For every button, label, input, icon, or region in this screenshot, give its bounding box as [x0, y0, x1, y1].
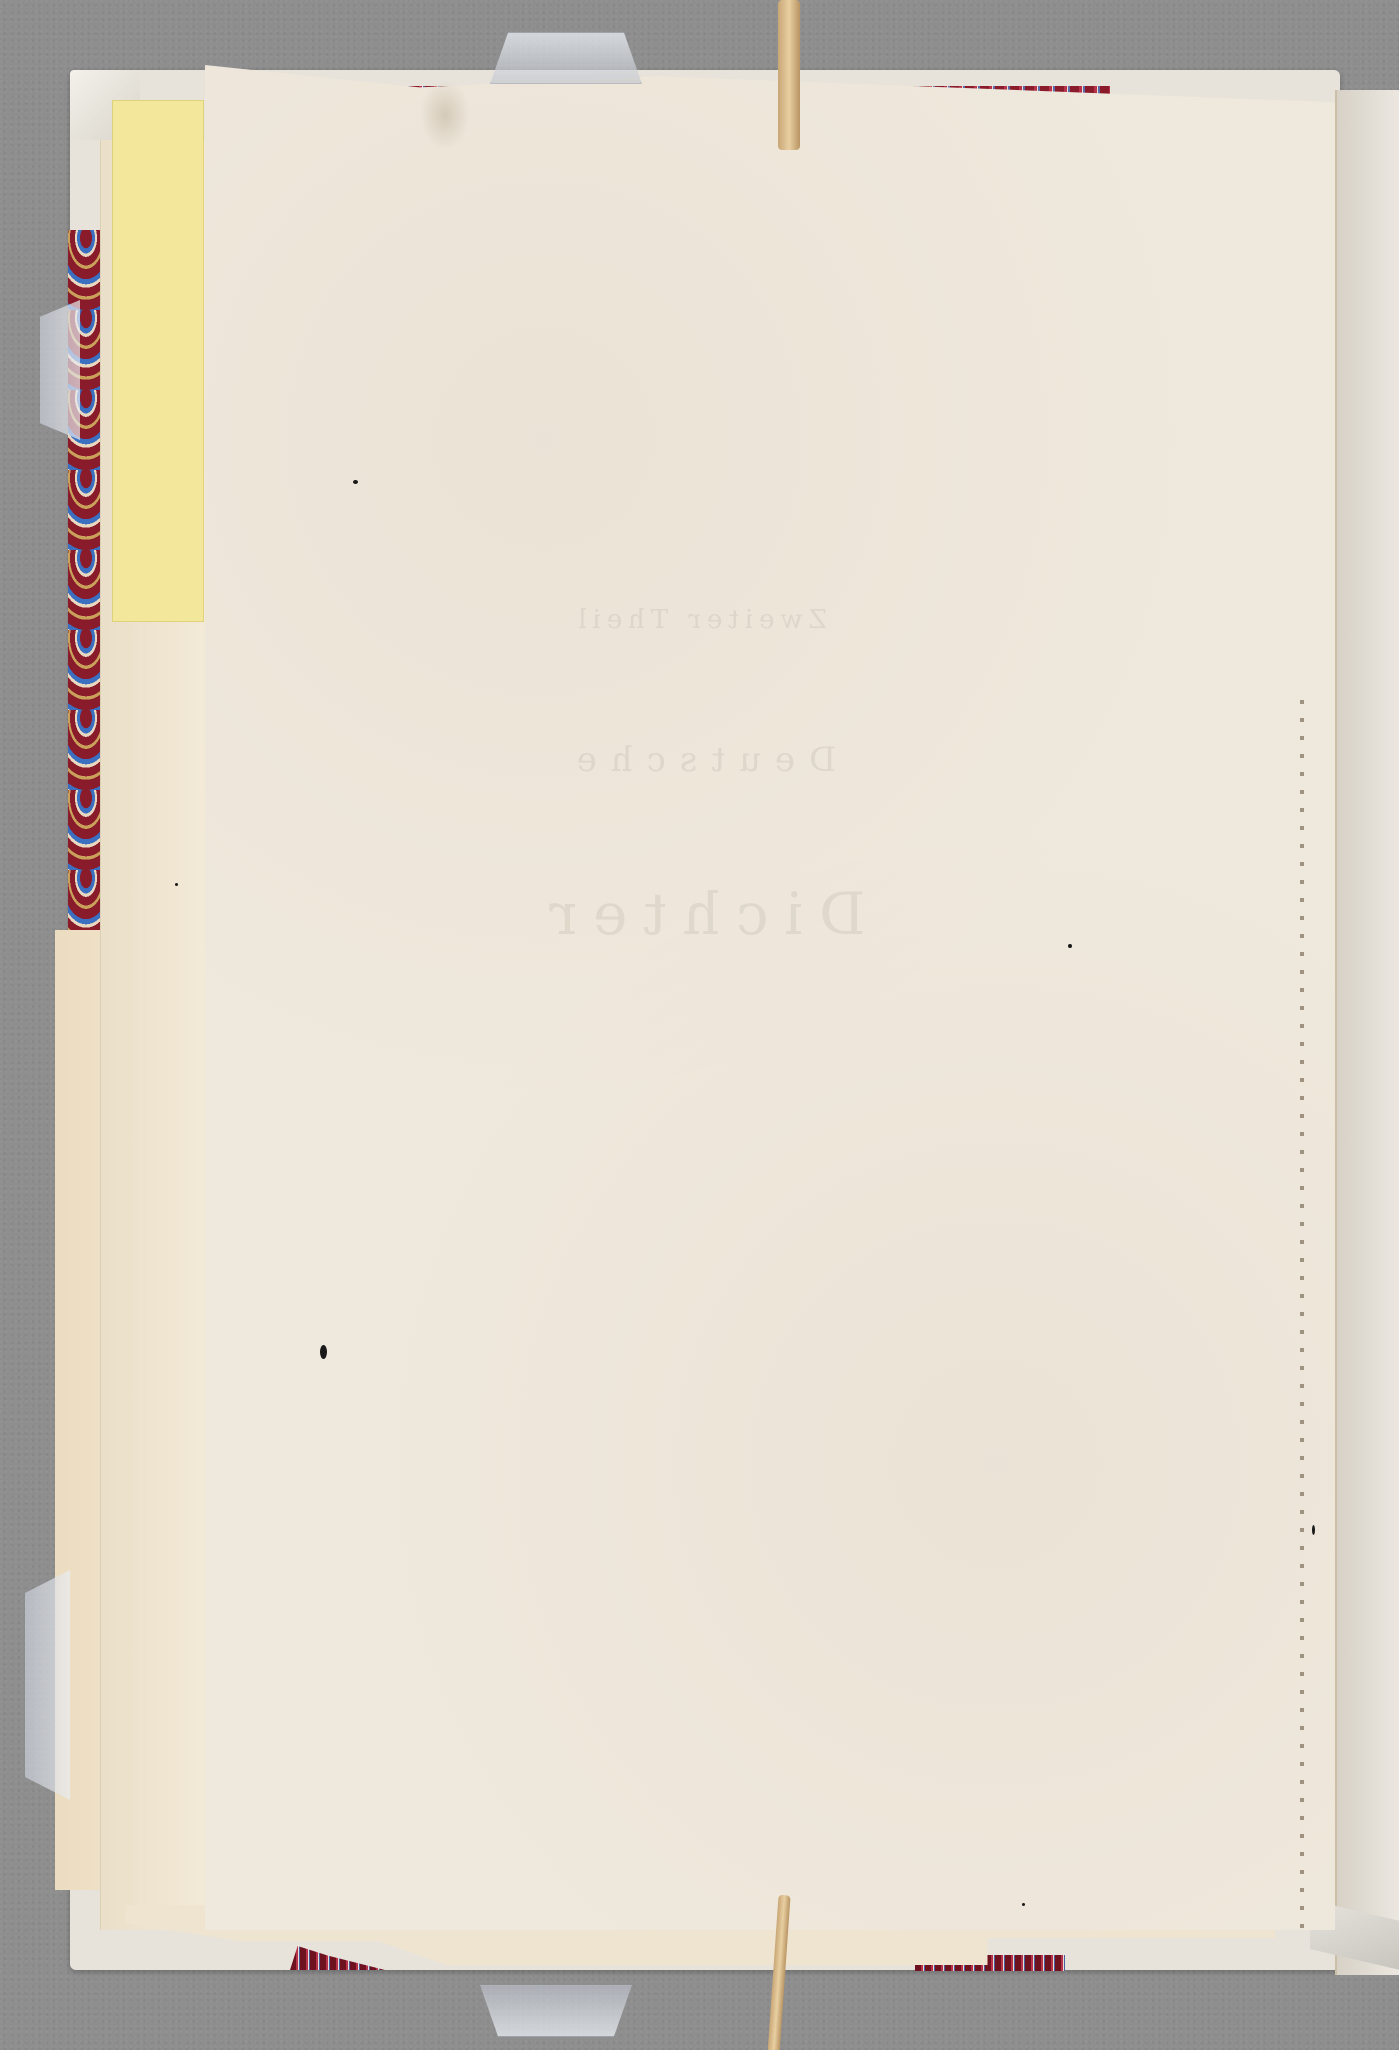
dust-speck — [1068, 944, 1072, 948]
dust-speck — [353, 480, 358, 484]
dust-speck — [1312, 1525, 1315, 1535]
plastic-clip-left-lower — [25, 1570, 70, 1800]
yellow-slip — [112, 100, 204, 622]
show-through-text-line-3: Dichter — [0, 880, 1399, 948]
plastic-clip-bottom — [480, 1985, 632, 2037]
dust-speck — [175, 883, 178, 886]
plastic-clip-left-upper — [40, 300, 80, 440]
dust-speck — [1022, 1903, 1025, 1906]
wooden-stick-top — [778, 0, 800, 150]
plastic-clip-top — [490, 32, 642, 84]
dust-speck — [320, 1345, 327, 1359]
facing-page-edge — [1335, 90, 1399, 1975]
page-stain — [420, 80, 470, 150]
show-through-text-line-1: Zweiter Theil — [0, 605, 1399, 635]
flyleaf-page — [205, 65, 1335, 1930]
show-through-text-line-2: Deutsche — [0, 740, 1399, 780]
